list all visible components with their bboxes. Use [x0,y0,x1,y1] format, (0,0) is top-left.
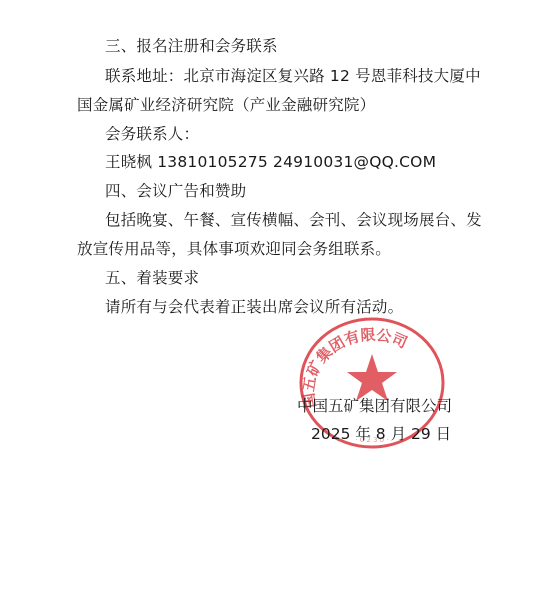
section-3-heading: 三、报名注册和会务联系 [105,36,278,56]
section-5-heading: 五、着装要求 [105,268,199,288]
document-page: 三、报名注册和会务联系 联系地址：北京市海淀区复兴路 12 号恩菲科技大厦中 国… [0,0,538,615]
signature-company: 中国五矿集团有限公司 [297,396,452,416]
dress-code-text: 请所有与会代表着正装出席会议所有活动。 [105,297,403,317]
contact-address-line-1: 联系地址：北京市海淀区复兴路 12 号恩菲科技大厦中 [105,66,481,86]
contact-address-line-2: 国金属矿业经济研究院（产业金融研究院） [77,95,375,115]
star-icon [347,354,397,401]
contact-person-details: 王晓枫 13810105275 24910031@QQ.COM [105,152,436,172]
section-4-heading: 四、会议广告和赞助 [105,181,246,201]
signature-date: 2025 年 8 月 29 日 [311,424,451,444]
sponsorship-line-1: 包括晚宴、午餐、宣传横幅、会刊、会议现场展台、发 [105,210,482,230]
contact-person-label: 会务联系人： [105,124,199,144]
sponsorship-line-2: 放宣传用品等，具体事项欢迎同会务组联系。 [77,239,391,259]
